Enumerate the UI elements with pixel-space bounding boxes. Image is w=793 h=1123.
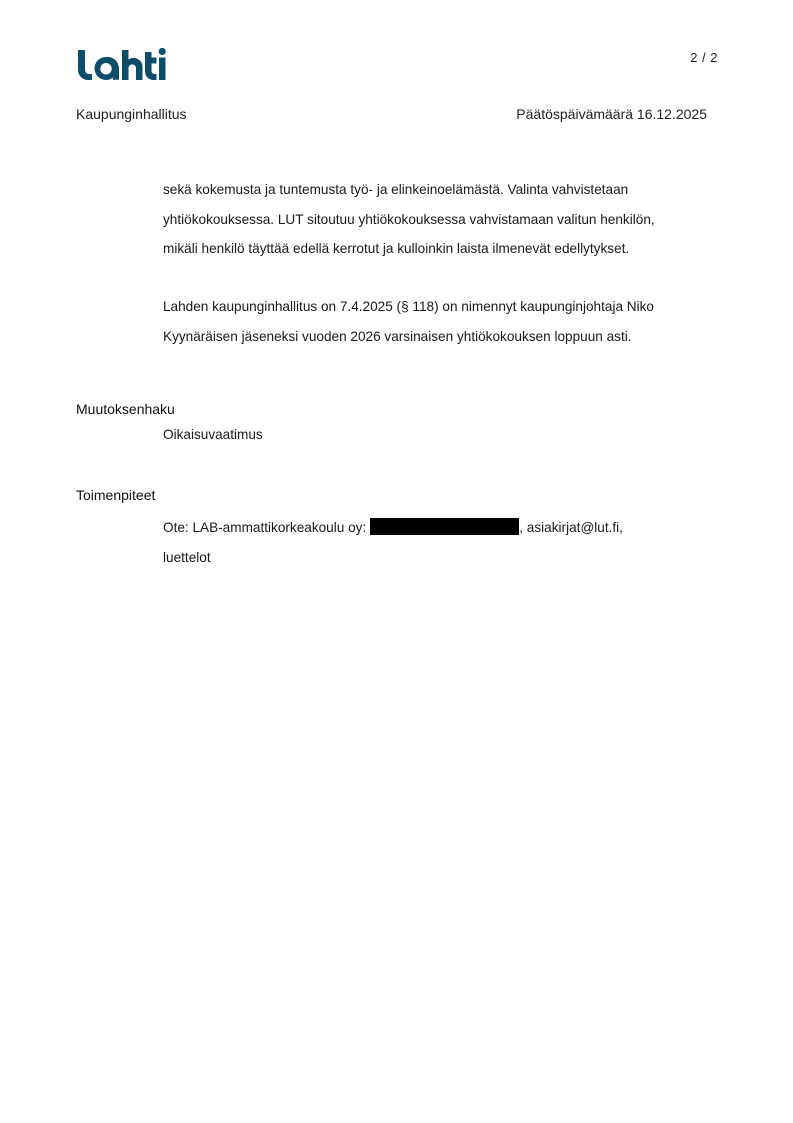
decision-date: Päätöspäivämäärä 16.12.2025 — [516, 106, 707, 122]
body-paragraph: sekä kokemusta ja tuntemusta työ- ja eli… — [163, 175, 723, 264]
text-line: mikäli henkilö täyttää edellä kerrotut j… — [163, 234, 723, 264]
appeal-text: Oikaisuvaatimus — [163, 427, 263, 442]
text-line: sekä kokemusta ja tuntemusta työ- ja eli… — [163, 175, 723, 205]
text-line: Lahden kaupunginhallitus on 7.4.2025 (§ … — [163, 292, 723, 322]
actions-line: luettelot — [163, 543, 623, 573]
section-heading-actions: Toimenpiteet — [76, 487, 155, 503]
organization-name: Kaupunginhallitus — [76, 106, 187, 122]
recipient-suffix: , asiakirjat@lut.fi, — [519, 520, 623, 535]
page-number: 2 / 2 — [690, 50, 718, 65]
redacted-block — [370, 518, 519, 535]
body-paragraph: Lahden kaupunginhallitus on 7.4.2025 (§ … — [163, 292, 723, 351]
recipient-prefix: Ote: LAB-ammattikorkeakoulu oy: — [163, 520, 366, 535]
text-line: Kyynäräisen jäseneksi vuoden 2026 varsin… — [163, 322, 723, 352]
actions-line: Ote: LAB-ammattikorkeakoulu oy:, asiakir… — [163, 513, 623, 543]
text-line: yhtiökokouksessa. LUT sitoutuu yhtiökoko… — [163, 205, 723, 235]
lahti-logo — [76, 46, 168, 82]
section-heading-appeal: Muutoksenhaku — [76, 401, 175, 417]
actions-text: Ote: LAB-ammattikorkeakoulu oy:, asiakir… — [163, 513, 623, 572]
